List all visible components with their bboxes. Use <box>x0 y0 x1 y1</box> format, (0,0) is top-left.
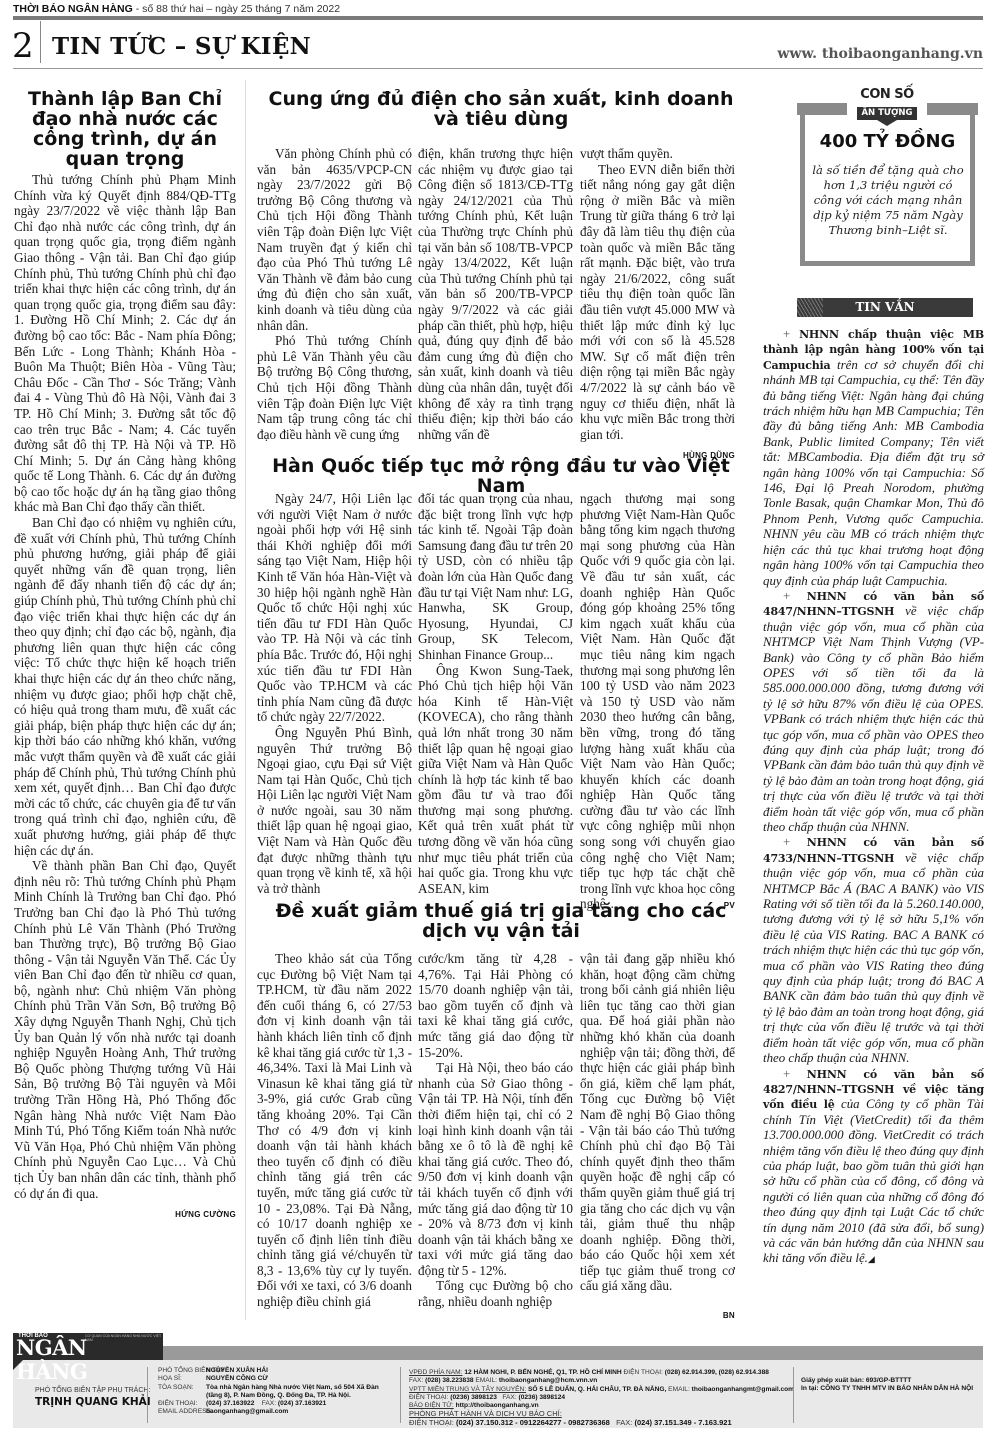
plus-icon: + <box>783 589 790 603</box>
page-number-divider <box>40 21 41 63</box>
article-3-column-1: Ngày 24/7, Hội Liên lạc với người Việt N… <box>257 491 412 896</box>
email-link[interactable]: thoibaonganhangmt@gmail.com <box>692 1386 794 1393</box>
paragraph: Ông Nguyễn Phú Bình, nguyên Thứ trưởng B… <box>257 725 412 897</box>
footer-divider <box>147 1367 148 1423</box>
editorial-row: EMAIL ADDRESS:baonganhang@gmail.com <box>158 1408 379 1416</box>
stat-description: là số tiền để tặng quà cho hơn 1,3 triệu… <box>808 163 968 238</box>
paragraph: Theo EVN diễn biến thời tiết nắng nóng g… <box>580 162 735 443</box>
footer-divider <box>793 1367 794 1423</box>
badge-pointer-icon <box>877 120 897 126</box>
paragraph: ngạch thương mại song phương Việt Nam-Hà… <box>580 491 735 912</box>
email-link[interactable]: baonganhang@gmail.com <box>206 1408 288 1415</box>
brief-item: + NHNN có văn bản số 4733/NHNN–TTGSNH về… <box>763 835 984 1066</box>
printer-info: In tại: CÔNG TY TNHH MTV IN BÁO NHÂN DÂN… <box>801 1385 973 1392</box>
column-divider <box>245 80 246 1320</box>
chief-editor-name: TRỊNH QUANG KHẢI <box>35 1398 151 1406</box>
plus-icon: + <box>783 327 790 341</box>
paragraph: vượt thẩm quyền. <box>580 146 735 162</box>
email-link[interactable]: thoibaonganhang@hcm.vnn.vn <box>499 1377 597 1384</box>
paragraph: Phó Thủ tướng Chính phủ Lê Văn Thành yêu… <box>257 333 412 442</box>
article-4-column-3: vận tải đang gặp nhiều khó khăn, hoạt độ… <box>580 951 735 1324</box>
article-4-headline: Đề xuất giảm thuế giá trị gia tăng cho c… <box>255 902 747 942</box>
article-2-column-1: Văn phòng Chính phủ có văn bản 4635/VPCP… <box>257 146 412 442</box>
brief-item: + NHNN chấp thuận việc MB thành lập ngân… <box>763 327 984 589</box>
article-4-byline: BN <box>580 1308 735 1324</box>
article-4-column-2: cước/km tăng từ 4,28 - 4,76%. Tại Hải Ph… <box>418 951 573 1310</box>
brief-body: về việc chấp thuận việc góp vốn, mua cổ … <box>763 851 984 1065</box>
editorial-row: PHÓ TỔNG BIÊN TẬP:NGUYỄN XUÂN HẢI <box>158 1367 379 1375</box>
paragraph: Tổng cục Đường bộ cho rằng, nhiều doanh … <box>418 1278 573 1309</box>
paragraph: đối tác quan trọng của nhau, đặc biệt tr… <box>418 491 573 663</box>
header-rule <box>13 68 983 69</box>
plus-icon: + <box>783 835 790 849</box>
briefs-section-header: TIN VẮN <box>797 298 973 317</box>
paragraph: Văn phòng Chính phủ có văn bản 4635/VPCP… <box>257 146 412 333</box>
paragraph: cước/km tăng từ 4,28 - 4,76%. Tại Hải Ph… <box>418 951 573 1060</box>
paper-name: THỜI BÁO NGÂN HÀNG <box>13 3 133 15</box>
website-link[interactable]: http://thoibaonganhang.vn <box>456 1402 539 1409</box>
editorial-row: (tầng 8), P. Nam Đồng, Q. Đống Đa, TP. H… <box>158 1392 379 1400</box>
plus-icon: + <box>783 1067 790 1081</box>
article-2-headline: Cung ứng đủ điện cho sản xuất, kinh doan… <box>255 90 747 130</box>
footer-logo: THỜI BÁO CƠ QUAN CỦA NGÂN HÀNG NHÀ NƯỚC … <box>13 1333 163 1360</box>
article-2-column-2: điện, khẩn trương thực hiện các nhiệm vụ… <box>418 146 573 442</box>
editorial-row: TÒA SOẠN:Tòa nhà Ngân hàng Nhà nước Việt… <box>158 1384 379 1392</box>
paragraph: Theo khảo sát của Tổng cục Đường bộ Việt… <box>257 951 412 1310</box>
chief-editor-label: PHÓ TỔNG BIÊN TẬP PHỤ TRÁCH: <box>35 1387 150 1395</box>
article-1-byline: HỨNG CƯỜNG <box>14 1207 236 1223</box>
website-link[interactable]: www. thoibaonganhang.vn <box>777 46 983 62</box>
page-number: 2 <box>12 26 34 66</box>
brief-item: + NHNN có văn bản số 4827/NHNN–TTGSNH về… <box>763 1067 984 1268</box>
editorial-row: ĐIỆN THOẠI:(024) 37.163922 FAX: (024) 37… <box>158 1400 379 1408</box>
article-3-column-2: đối tác quan trọng của nhau, đặc biệt tr… <box>418 491 573 896</box>
section-title: TIN TỨC – SỰ KIỆN <box>52 33 311 60</box>
end-mark-icon: ◢ <box>868 1254 875 1264</box>
editorial-info: PHÓ TỔNG BIÊN TẬP:NGUYỄN XUÂN HẢI HỌA SĨ… <box>158 1367 379 1417</box>
stat-badge: CON SỐ ẤN TƯỢNG <box>847 88 927 126</box>
footer-imprint: THỜI BÁO CƠ QUAN CỦA NGÂN HÀNG NHÀ NƯỚC … <box>13 1333 983 1428</box>
paragraph: vận tải đang gặp nhiều khó khăn, hoạt độ… <box>580 951 735 1294</box>
article-1-headline: Thành lập Ban Chỉ đạo nhà nước các công … <box>14 90 236 170</box>
license-info: Giấy phép xuất bản: 693/GP-BTTTT In tại:… <box>801 1377 973 1394</box>
brief-body: của Công ty cổ phần Tài chính Tín Việt (… <box>763 1097 984 1265</box>
briefs-list: + NHNN chấp thuận việc MB thành lập ngân… <box>763 327 984 1268</box>
brief-body: trên cơ sở chuyển đổi chi nhánh MB tại C… <box>763 358 984 588</box>
footer-divider <box>400 1367 401 1423</box>
top-rule <box>13 16 983 20</box>
paragraph: Ngày 24/7, Hội Liên lạc với người Việt N… <box>257 491 412 725</box>
paragraph: Ông Kwon Sung-Taek, Phó Chủ tịch hiệp hộ… <box>418 663 573 897</box>
paragraph: Tại Hà Nội, theo báo cáo nhanh của Sở Gi… <box>418 1060 573 1278</box>
editorial-row: HỌA SĨ:NGUYỄN CÔNG CỪ <box>158 1375 379 1383</box>
article-4-column-1: Theo khảo sát của Tổng cục Đường bộ Việt… <box>257 951 412 1310</box>
logo-flag-icon <box>13 1360 23 1370</box>
logo-big-text: NGÂN HÀNG <box>16 1336 163 1384</box>
paragraph: điện, khẩn trương thực hiện các nhiệm vụ… <box>418 146 573 442</box>
issue-date: - số 88 thứ hai – ngày 25 tháng 7 năm 20… <box>133 3 340 15</box>
paragraph: Thủ tướng Chính phủ Phạm Minh Chính vừa … <box>14 172 236 515</box>
article-2-column-3: vượt thẩm quyền. Theo EVN diễn biến thời… <box>580 146 735 464</box>
stat-badge-line-2: ẤN TƯỢNG <box>857 107 916 120</box>
brief-item: + NHNN có văn bản số 4847/NHNN–TTGSNH về… <box>763 589 984 836</box>
article-3-column-3: ngạch thương mại song phương Việt Nam-Hà… <box>580 491 735 914</box>
issue-line: THỜI BÁO NGÂN HÀNG - số 88 thứ hai – ngà… <box>13 3 340 15</box>
footer-band <box>153 1346 983 1360</box>
paragraph: Về thành phần Ban Chỉ đạo, Quyết định nê… <box>14 858 236 1201</box>
office-info: VPĐD PHÍA NAM: 12 HÀM NGHI, P. BẾN NGHÉ,… <box>409 1369 794 1427</box>
paragraph: Ban Chỉ đạo có nhiệm vụ nghiên cứu, đề x… <box>14 515 236 858</box>
stat-value: 400 TỶ ĐỒNG <box>805 131 970 152</box>
brief-body: về việc chấp thuận việc góp vốn, mua cổ … <box>763 604 984 834</box>
briefs-section-label: TIN VẮN <box>797 298 973 317</box>
license-number: Giấy phép xuất bản: 693/GP-BTTTT <box>801 1377 911 1384</box>
stat-badge-line-1: CON SỐ <box>847 88 927 102</box>
article-1-body: Thủ tướng Chính phủ Phạm Minh Chính vừa … <box>14 172 236 1223</box>
